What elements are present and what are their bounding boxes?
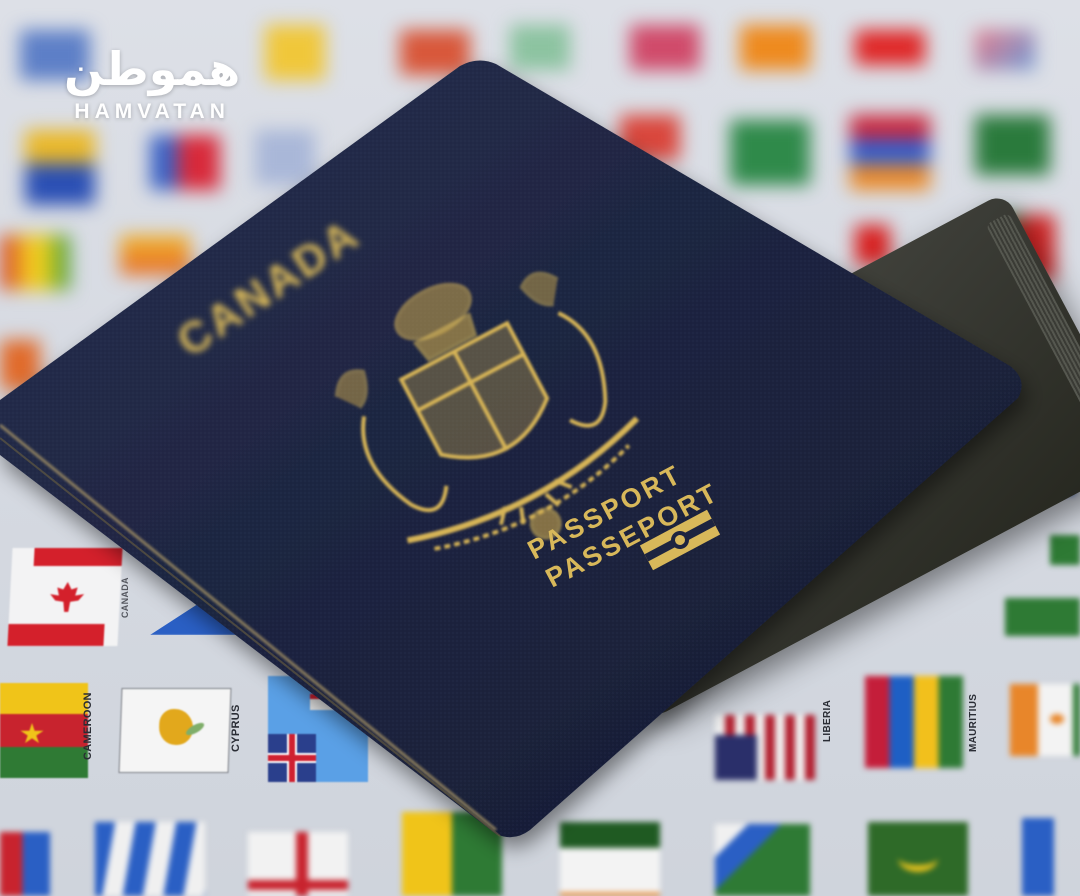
flag-blur-7 [855,30,925,65]
flag-cameroon [0,683,88,778]
flag-niger [1010,684,1080,756]
logo-persian-text: هموطن [64,40,240,98]
flag-bottom-5 [560,822,660,896]
flag-label-cyprus: CYPRUS [230,704,242,752]
flag-label-cameroon: CAMEROON [82,692,94,760]
flag-bottom-6 [715,824,810,896]
flag-blur-10 [150,135,220,190]
passport-title-en: PASSPORT [523,459,688,566]
flag-blur-2 [265,25,325,80]
photo-scene: CANADA CAMEROON CYPRUS LIBERIA MAURITIUS [0,0,1080,896]
flag-blur-16 [0,235,70,290]
flag-cyprus [119,688,232,773]
hamvatan-logo: هموطن HAMVATAN [64,40,240,124]
logo-latin-text: HAMVATAN [64,100,240,124]
flag-bottom-8 [1022,818,1054,896]
flag-blur-3 [400,30,470,75]
flag-label-liberia: LIBERIA [822,700,833,742]
star-icon [715,735,757,780]
flag-blur-8 [975,30,1035,70]
biometric-chip-icon [640,510,720,570]
flag-label-canada: CANADA [120,577,130,618]
flag-label-mauritius: MAURITIUS [968,694,979,752]
flag-liberia [715,715,815,780]
flag-fiji [268,676,368,782]
flag-bottom-1 [0,832,50,896]
flag-blur-4 [510,25,570,70]
flag-blur-11 [255,130,315,185]
passport-country-text: CANADA [168,209,368,366]
flag-bottom-2 [95,822,205,896]
coat-of-arms-icon [308,231,667,597]
flag-blur-19 [985,215,1055,280]
flag-blur-17 [120,235,190,275]
flag-blur-18 [855,225,890,265]
union-jack-icon [268,734,316,782]
flag-mauritius [865,676,963,768]
passport-title-fr: PASSEPORT [541,477,724,593]
flag-bottom-4 [402,812,502,896]
flag-blur-9 [25,130,95,205]
flag-blur-14 [850,115,930,190]
flag-blur-20 [0,340,40,390]
flag-blur-21 [985,320,1065,375]
flag-blur-22 [995,425,1075,495]
flag-blur-6 [740,25,810,70]
shield-icon [310,694,336,710]
flag-blur-12 [620,115,680,160]
flag-bottom-3 [248,832,348,896]
crescent-icon [898,844,938,872]
flag-green-band [1005,598,1080,636]
flag-blur-13 [730,120,810,185]
flag-blue-triangle [150,600,240,635]
flag-blur-5 [630,25,700,70]
flag-canada [7,548,122,646]
flag-green-band-2 [1050,535,1080,565]
maple-leaf-icon [49,582,85,612]
flag-blur-15 [975,115,1050,175]
flag-bottom-7 [868,822,968,896]
